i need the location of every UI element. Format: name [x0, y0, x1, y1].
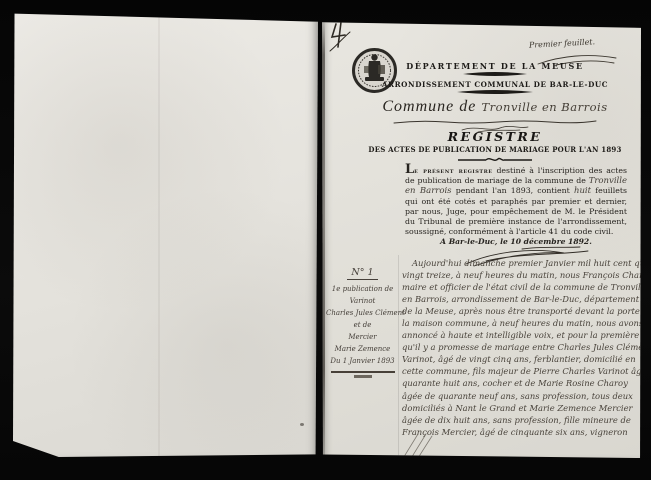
act-line: domiciliés à Nant le Grand et Marie Zeme… — [402, 402, 640, 414]
act-line: annoncé à haute et intelligible voix, et… — [402, 329, 640, 341]
act-line: âgée de dix huit ans, sans profession, f… — [402, 414, 640, 426]
folio-mark — [328, 21, 352, 53]
margin-note: N° 1 1e publication de Varinot Charles J… — [326, 260, 399, 378]
act-line: la maison commune, à neuf heures du mati… — [402, 317, 640, 329]
separator-rule — [362, 72, 628, 76]
margin-line-bride-surname: Mercier — [326, 331, 399, 343]
margin-line-bride-firstnames: Marie Zemence — [326, 343, 399, 355]
lead-initial: L — [405, 162, 414, 177]
margin-line: 1e publication de — [326, 283, 399, 295]
margin-line-date: Du 1 Janvier 1893 — [326, 355, 399, 367]
margin-line-groom-surname: Varinot — [326, 295, 399, 307]
commune-line: Commune de Tronville en Barrois — [362, 96, 628, 116]
registre-title: REGISTRE — [362, 129, 628, 144]
commune-label: Commune de — [382, 98, 476, 115]
pen-scratches — [388, 432, 440, 462]
act-line: Aujourd'hui dimanche premier Janvier mil… — [402, 257, 640, 269]
ink-speck — [300, 423, 304, 426]
act-line: en Barrois, arrondissement de Bar-le-Duc… — [402, 293, 640, 305]
separator-rule — [362, 90, 628, 94]
act-line: cette commune, fils majeur de Pierre Cha… — [402, 365, 640, 377]
register-title-page: Premier feuillet. DÉPARTEMENT DE LA MEUS… — [322, 20, 641, 458]
subtitle-flourish — [362, 156, 628, 163]
arrondissement-heading: ARRONDISSEMENT COMMUNAL DE BAR-LE-DUC — [362, 80, 628, 89]
decl-segment-2: pendant l'an 1893, contient — [452, 186, 574, 195]
screenshot-root: { "colors": { "background": "#070707", "… — [0, 0, 651, 480]
departement-heading: DÉPARTEMENT DE LA MEUSE — [362, 61, 628, 71]
act-line: qu'il y a promesse de mariage entre Char… — [402, 341, 640, 353]
folio-mark-stroke — [328, 21, 352, 53]
declaration-paragraph: Le présent registre destiné à l'inscript… — [405, 166, 627, 237]
decl-handwritten-count: huit — [574, 186, 591, 196]
act-number: N° 1 — [347, 267, 377, 280]
commune-name-handwritten: Tronville en Barrois — [481, 100, 607, 114]
act-line: de la Meuse, après nous être transporté … — [402, 305, 640, 317]
margin-line: et de — [326, 319, 399, 331]
registre-subtitle: DES ACTES DE PUBLICATION DE MARIAGE POUR… — [362, 145, 628, 154]
page-crease — [158, 11, 160, 457]
premier-feuillet-note: Premier feuillet. — [502, 36, 622, 51]
blank-left-page — [13, 11, 318, 457]
act-line: âgée de quarante neuf ans, sans professi… — [402, 390, 640, 402]
margin-line-groom-firstnames: Charles Jules Clément — [326, 307, 399, 319]
premier-feuillet-text: Premier feuillet. — [529, 37, 596, 49]
gutter-shadow — [322, 20, 325, 458]
act-line: maire et officier de l'état civil de la … — [402, 281, 640, 293]
margin-underline-mark — [354, 375, 372, 378]
lead-smallcaps: e présent registre — [414, 166, 492, 175]
act-body-text: Aujourd'hui dimanche premier Janvier mil… — [402, 257, 640, 438]
margin-underline — [331, 371, 395, 373]
act-line: quarante huit ans, cocher et de Marie Ro… — [402, 377, 640, 389]
act-line: Varinot, âgé de vingt cinq ans, ferblant… — [402, 353, 640, 365]
act-line: vingt treize, à neuf heures du matin, no… — [402, 269, 640, 281]
